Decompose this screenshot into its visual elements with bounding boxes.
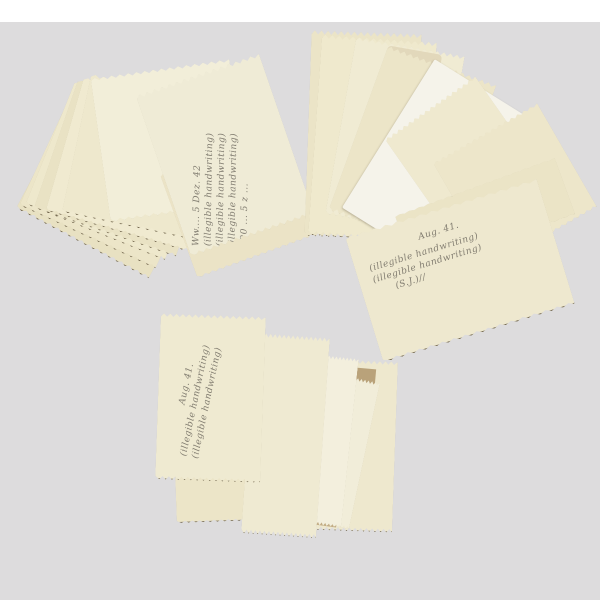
handwriting-line: 500 ... 5 z ... (238, 77, 253, 247)
handwritten-card: Aug. 41. (illegible handwriting) (illegi… (155, 313, 266, 483)
